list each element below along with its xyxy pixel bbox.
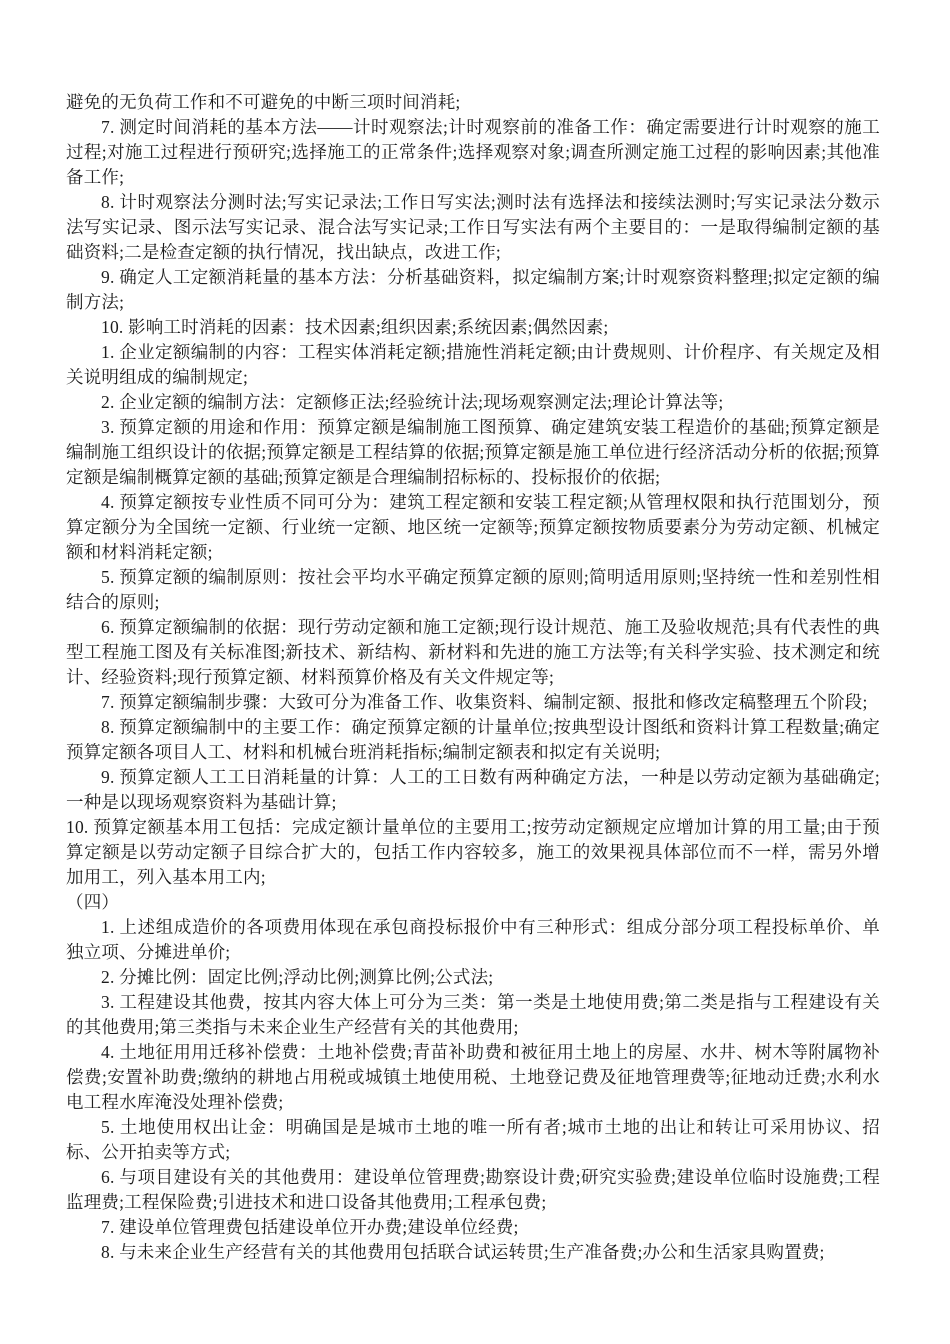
paragraph: 7. 预算定额编制步骤：大致可分为准备工作、收集资料、编制定额、报批和修改定稿整… bbox=[66, 690, 880, 715]
paragraph: 8. 与未来企业生产经营有关的其他费用包括联合试运转贯;生产准备费;办公和生活家… bbox=[66, 1240, 880, 1265]
paragraph: 4. 土地征用用迁移补偿费：土地补偿费;青苗补助费和被征用土地上的房屋、水井、树… bbox=[66, 1040, 880, 1115]
paragraph: 5. 土地使用权出让金：明确国是是城市土地的唯一所有者;城市土地的出让和转让可采… bbox=[66, 1115, 880, 1165]
paragraph: 9. 确定人工定额消耗量的基本方法：分析基础资料，拟定编制方案;计时观察资料整理… bbox=[66, 265, 880, 315]
paragraph: （四） bbox=[66, 890, 880, 915]
paragraph: 3. 预算定额的用途和作用：预算定额是编制施工图预算、确定建筑安装工程造价的基础… bbox=[66, 415, 880, 490]
document-page: 避免的无负荷工作和不可避免的中断三项时间消耗;7. 测定时间消耗的基本方法——计… bbox=[0, 0, 950, 1344]
paragraph: 4. 预算定额按专业性质不同可分为：建筑工程定额和安装工程定额;从管理权限和执行… bbox=[66, 490, 880, 565]
paragraph: 2. 分摊比例：固定比例;浮动比例;测算比例;公式法; bbox=[66, 965, 880, 990]
paragraph: 7. 测定时间消耗的基本方法——计时观察法;计时观察前的准备工作：确定需要进行计… bbox=[66, 115, 880, 190]
paragraph: 1. 上述组成造价的各项费用体现在承包商投标报价中有三种形式：组成分部分项工程投… bbox=[66, 915, 880, 965]
paragraph: 1. 企业定额编制的内容：工程实体消耗定额;措施性消耗定额;由计费规则、计价程序… bbox=[66, 340, 880, 390]
paragraph: 8. 预算定额编制中的主要工作：确定预算定额的计量单位;按典型设计图纸和资料计算… bbox=[66, 715, 880, 765]
paragraph: 3. 工程建设其他费，按其内容大体上可分为三类：第一类是土地使用费;第二类是指与… bbox=[66, 990, 880, 1040]
paragraph: 6. 与项目建设有关的其他费用：建设单位管理费;勘察设计费;研究实验费;建设单位… bbox=[66, 1165, 880, 1215]
paragraph: 6. 预算定额编制的依据：现行劳动定额和施工定额;现行设计规范、施工及验收规范;… bbox=[66, 615, 880, 690]
paragraph: 避免的无负荷工作和不可避免的中断三项时间消耗; bbox=[66, 90, 880, 115]
paragraph: 5. 预算定额的编制原则：按社会平均水平确定预算定额的原则;简明适用原则;坚持统… bbox=[66, 565, 880, 615]
document-body: 避免的无负荷工作和不可避免的中断三项时间消耗;7. 测定时间消耗的基本方法——计… bbox=[0, 0, 950, 1265]
paragraph: 8. 计时观察法分测时法;写实记录法;工作日写实法;测时法有选择法和接续法测时;… bbox=[66, 190, 880, 265]
paragraph: 7. 建设单位管理费包括建设单位开办费;建设单位经费; bbox=[66, 1215, 880, 1240]
paragraph: 10. 影响工时消耗的因素：技术因素;组织因素;系统因素;偶然因素; bbox=[66, 315, 880, 340]
paragraph: 2. 企业定额的编制方法：定额修正法;经验统计法;现场观察测定法;理论计算法等; bbox=[66, 390, 880, 415]
paragraph: 9. 预算定额人工工日消耗量的计算：人工的工日数有两种确定方法，一种是以劳动定额… bbox=[66, 765, 880, 815]
paragraph: 10. 预算定额基本用工包括：完成定额计量单位的主要用工;按劳动定额规定应增加计… bbox=[66, 815, 880, 890]
